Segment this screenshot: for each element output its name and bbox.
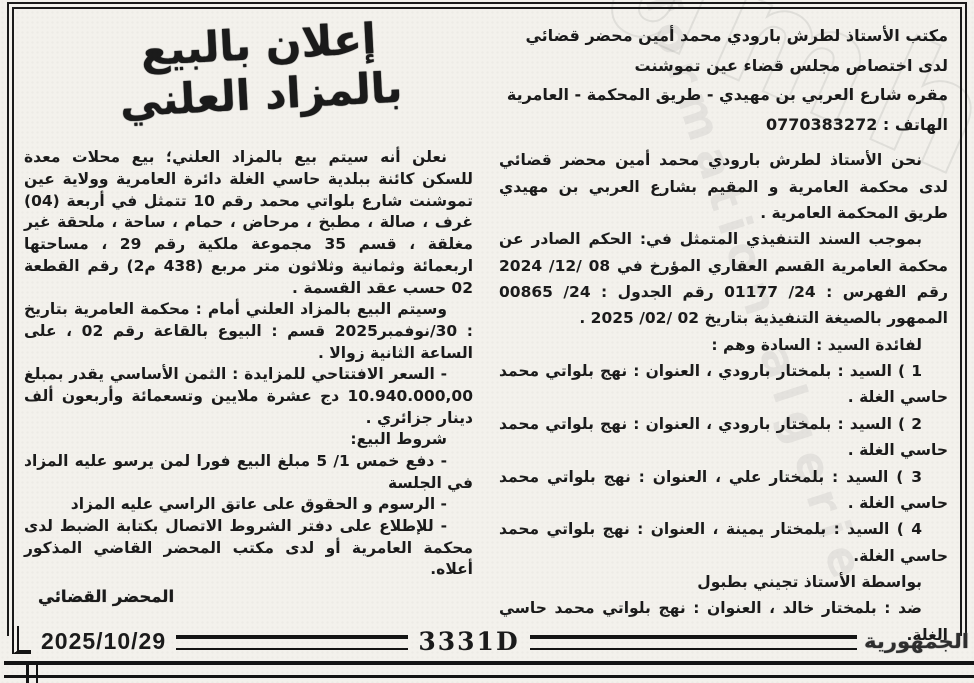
sale-datetime-paragraph: وسيتم البيع بالمزاد العلني أمام : محكمة … [24, 299, 473, 364]
next-frame-left-border [26, 665, 38, 683]
notice-top-row: مكتب الأستاذ لطرش بارودي محمد أمين محضر … [24, 13, 948, 139]
office-header-line: مكتب الأستاذ لطرش بارودي محمد أمين محضر … [495, 21, 948, 51]
beneficiaries-heading: لفائدة السيد : السادة وهم : [499, 332, 948, 358]
scanned-auction-notice: eldjoumhouria information algerie مكتب ا… [0, 0, 974, 683]
office-header-line: مقره شارع العربي بن مهيدي - طريق المحكمة… [495, 80, 948, 110]
next-frame-top-rule [4, 661, 974, 678]
beneficiary-4: 4 ) السيد : بلمختار يمينة ، العنوان : نه… [499, 516, 948, 569]
frame-bottom-corner [12, 626, 31, 654]
condition-fees: - الرسوم و الحقوق على عاتق الراسي عليه ا… [24, 494, 473, 516]
writ-paragraph: بموجب السند التنفيذي المتمثل في: الحكم ا… [499, 226, 948, 331]
publication-date: 2025/10/29 [41, 628, 166, 655]
conditions-heading: شروط البيع: [24, 429, 473, 451]
footer-double-rule [530, 635, 857, 650]
condition-consultation: - للإطلاع على دفتر الشروط الاتصال بكتابة… [24, 516, 473, 581]
left-column: نعلن أنه سيتم بيع بالمزاد العلني؛ بيع مح… [24, 147, 473, 648]
ad-reference-number: 3331D [418, 627, 519, 656]
agent-line: بواسطة الأستاذ تجيني بطبول [499, 569, 948, 595]
auction-title: إعلان بالبيع بالمزاد العلني [21, 1, 497, 134]
condition-payment: - دفع خمس 1/ 5 مبلغ البيع فورا لمن يرسو … [24, 451, 473, 494]
bailiff-signature: المحضر القضائي [24, 585, 473, 608]
right-column: نحن الأستاذ لطرش بارودي محمد أمين محضر ق… [499, 147, 948, 648]
office-header: مكتب الأستاذ لطرش بارودي محمد أمين محضر … [495, 13, 948, 139]
office-header-phone: الهاتف : 0770383272 [495, 110, 948, 140]
opening-price-paragraph: - السعر الافتتاحي للمزايدة : الثمن الأسا… [24, 364, 473, 429]
beneficiary-1: 1 ) السيد : بلمختار بارودي ، العنوان : ن… [499, 358, 948, 411]
property-description-paragraph: نعلن أنه سيتم بيع بالمزاد العلني؛ بيع مح… [24, 147, 473, 299]
notice-body: نحن الأستاذ لطرش بارودي محمد أمين محضر ق… [24, 147, 948, 648]
beneficiary-3: 3 ) السيد : بلمختار علي ، العنوان : نهج … [499, 464, 948, 517]
office-header-line: لدى اختصاص مجلس قضاء عين تموشنت [495, 51, 948, 81]
beneficiary-2: 2 ) السيد : بلمختار بارودي ، العنوان : ن… [499, 411, 948, 464]
newspaper-logo: الجمهورية [864, 629, 969, 653]
bailiff-intro-paragraph: نحن الأستاذ لطرش بارودي محمد أمين محضر ق… [499, 147, 948, 226]
footer: 2025/10/29 3331D الجمهورية [12, 626, 966, 656]
notice-frame: مكتب الأستاذ لطرش بارودي محمد أمين محضر … [7, 2, 967, 636]
footer-double-rule [176, 635, 408, 650]
